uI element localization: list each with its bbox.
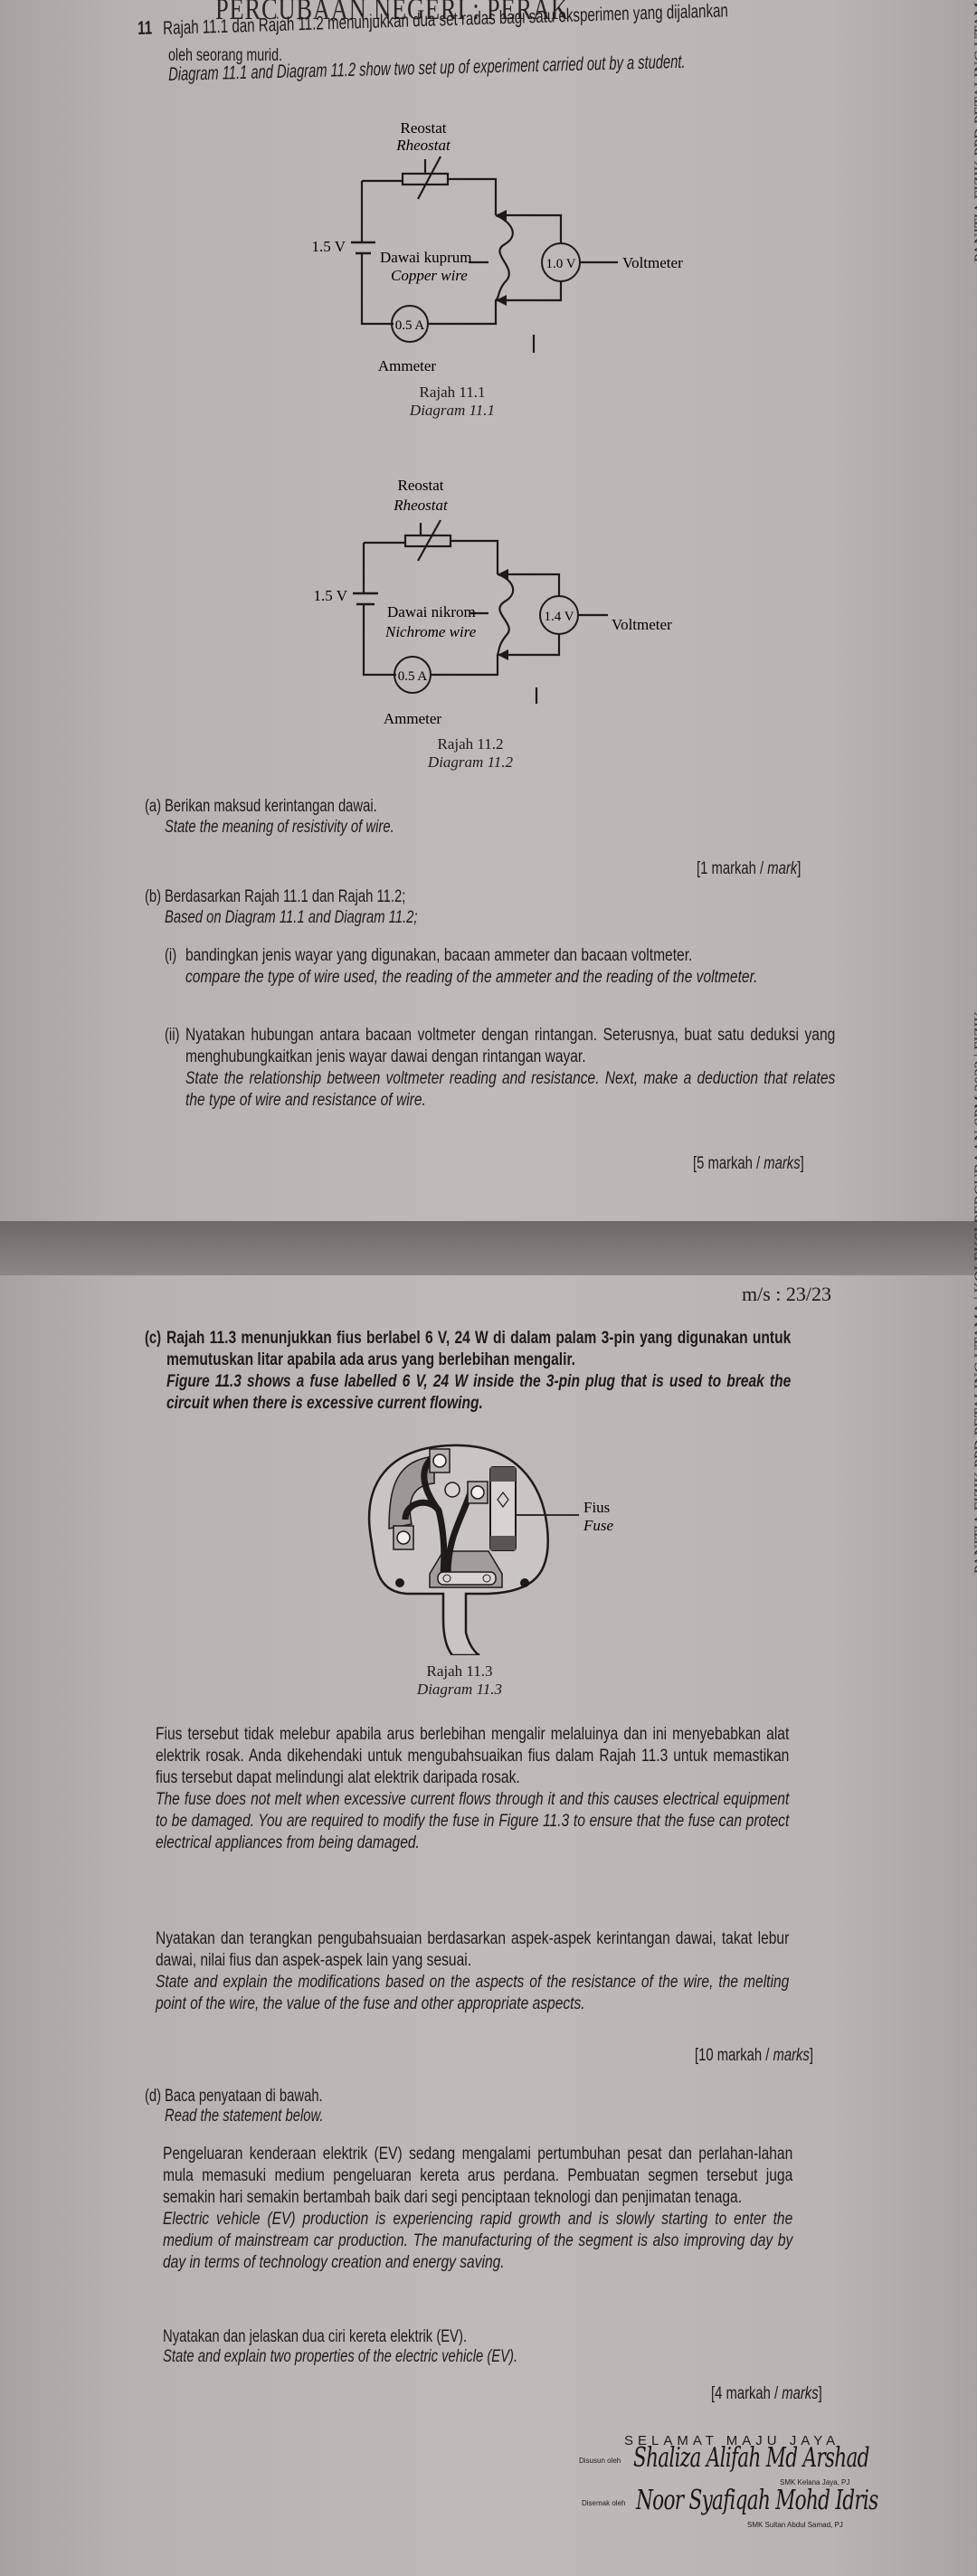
svg-text:Reostat: Reostat bbox=[401, 119, 447, 137]
part-d-task-en: State and explain two properties of the … bbox=[163, 2346, 517, 2368]
caption-11-3: Rajah 11.3 Diagram 11.3 bbox=[369, 1662, 550, 1699]
part-a-marks: [1 markah / mark] bbox=[697, 859, 801, 879]
part-c-scenario: Fius tersebut tidak melebur apabila arus… bbox=[156, 1724, 789, 1854]
exam-page-1: PERCUBAAN NEGERI : PERAK 11 Rajah 11.1 d… bbox=[0, 0, 977, 1221]
part-b-marks: [5 markah / marks] bbox=[693, 1154, 804, 1174]
circuit-diagram-11-2: Reostat Rheostat 1.5 V Dawai nikrom Nich… bbox=[262, 470, 769, 742]
svg-text:1.5 V: 1.5 V bbox=[314, 587, 348, 604]
svg-text:Dawai nikrom: Dawai nikrom bbox=[387, 603, 476, 620]
circuit-diagram-11-1: Reostat Rheostat 1.5 V Dawai kuprum Copp… bbox=[262, 109, 769, 380]
part-b-label: (b) bbox=[145, 886, 161, 908]
svg-text:Copper wire: Copper wire bbox=[391, 267, 468, 284]
part-d-task-ms: Nyatakan dan jelaskan dua ciri kereta el… bbox=[163, 2326, 467, 2348]
caption-11-2: Rajah 11.2 Diagram 11.2 bbox=[380, 735, 561, 772]
caption-en: Diagram 11.3 bbox=[369, 1681, 550, 1699]
svg-text:Nichrome wire: Nichrome wire bbox=[384, 623, 477, 640]
page-number: m/s : 23/23 bbox=[742, 1283, 831, 1306]
svg-text:1.5 V: 1.5 V bbox=[312, 238, 346, 255]
checked-by-school: SMK Sultan Abdul Samad, PJ bbox=[747, 2521, 843, 2529]
part-a-en: State the meaning of resistivity of wire… bbox=[165, 817, 394, 838]
three-pin-plug-illustration: Fius Fuse bbox=[344, 1429, 633, 1655]
svg-text:Ammeter: Ammeter bbox=[384, 710, 442, 727]
svg-text:0.5 A: 0.5 A bbox=[398, 669, 428, 684]
svg-text:Rheostat: Rheostat bbox=[393, 497, 449, 514]
part-c-marks: [10 markah / marks] bbox=[695, 2046, 813, 2066]
prepared-by-signature: Shaliza Alifah Md Arshad bbox=[633, 2442, 869, 2474]
side-banner: PANITIA FIZIK PPD PETALING UTAMA | KOLEK… bbox=[972, 1010, 977, 1574]
svg-text:Voltmeter: Voltmeter bbox=[622, 254, 683, 271]
part-d-en: Read the statement below. bbox=[165, 2106, 323, 2127]
checked-by-label: Disemak oleh bbox=[582, 2499, 625, 2507]
part-d-ms: Baca penyataan di bawah. bbox=[165, 2086, 323, 2107]
part-b-ii-label: (ii) bbox=[165, 1025, 179, 1046]
question-number: 11 bbox=[138, 18, 152, 40]
plug-diagram: Fius Fuse bbox=[344, 1429, 633, 1655]
caption-en: Diagram 11.1 bbox=[362, 402, 543, 420]
svg-text:0.5 A: 0.5 A bbox=[395, 318, 425, 333]
checked-by-signature: Noor Syafiqah Mohd Idris bbox=[636, 2485, 877, 2516]
part-b-ms: Berdasarkan Rajah 11.1 dan Rajah 11.2; bbox=[165, 886, 405, 908]
svg-text:Voltmeter: Voltmeter bbox=[612, 616, 672, 633]
exam-page-2: m/s : 23/23 (c) Rajah 11.3 menunjukkan f… bbox=[0, 1275, 977, 2576]
part-d-statement: Pengeluaran kenderaan elektrik (EV) seda… bbox=[163, 2144, 792, 2274]
part-c-task: Nyatakan dan terangkan pengubahsuaian be… bbox=[156, 1928, 789, 2015]
svg-text:1.4 V: 1.4 V bbox=[544, 610, 574, 624]
svg-text:Dawai kuprum: Dawai kuprum bbox=[380, 249, 472, 266]
caption-ms: Rajah 11.3 bbox=[369, 1662, 550, 1681]
caption-en: Diagram 11.2 bbox=[380, 753, 561, 772]
part-d-marks: [4 markah / marks] bbox=[711, 2384, 822, 2404]
svg-text:Rheostat: Rheostat bbox=[395, 137, 451, 154]
page-gap bbox=[0, 1221, 977, 1275]
caption-11-1: Rajah 11.1 Diagram 11.1 bbox=[362, 384, 543, 420]
part-c-intro: Rajah 11.3 menunjukkan fius berlabel 6 V… bbox=[166, 1328, 791, 1415]
part-b-i-label: (i) bbox=[165, 945, 176, 967]
part-c-label: (c) bbox=[145, 1328, 161, 1350]
caption-ms: Rajah 11.1 bbox=[362, 384, 543, 402]
svg-text:Ammeter: Ammeter bbox=[378, 357, 437, 374]
part-d-label: (d) bbox=[145, 2086, 161, 2107]
part-a-label: (a) bbox=[145, 796, 161, 818]
part-b-i-text: bandingkan jenis wayar yang digunakan, b… bbox=[185, 945, 835, 989]
part-b-ii-text: Nyatakan hubungan antara bacaan voltmete… bbox=[185, 1025, 835, 1112]
circuit-schematic: Reostat Rheostat 1.5 V Dawai kuprum Copp… bbox=[262, 109, 769, 380]
svg-text:Reostat: Reostat bbox=[398, 477, 444, 494]
svg-text:Fius: Fius bbox=[583, 1499, 610, 1516]
svg-text:1.0 V: 1.0 V bbox=[545, 257, 575, 271]
circuit-schematic: Reostat Rheostat 1.5 V Dawai nikrom Nich… bbox=[262, 470, 769, 742]
caption-ms: Rajah 11.2 bbox=[380, 735, 561, 753]
part-a-ms: Berikan maksud kerintangan dawai. bbox=[165, 796, 377, 818]
side-banner: PANITIA FIZIK PPD PETALING UTAMA | KOLEK… bbox=[972, 0, 977, 262]
prepared-by-label: Disusun oleh bbox=[579, 2457, 621, 2465]
part-b-en: Based on Diagram 11.1 and Diagram 11.2; bbox=[165, 907, 418, 929]
svg-text:Fuse: Fuse bbox=[583, 1517, 614, 1534]
